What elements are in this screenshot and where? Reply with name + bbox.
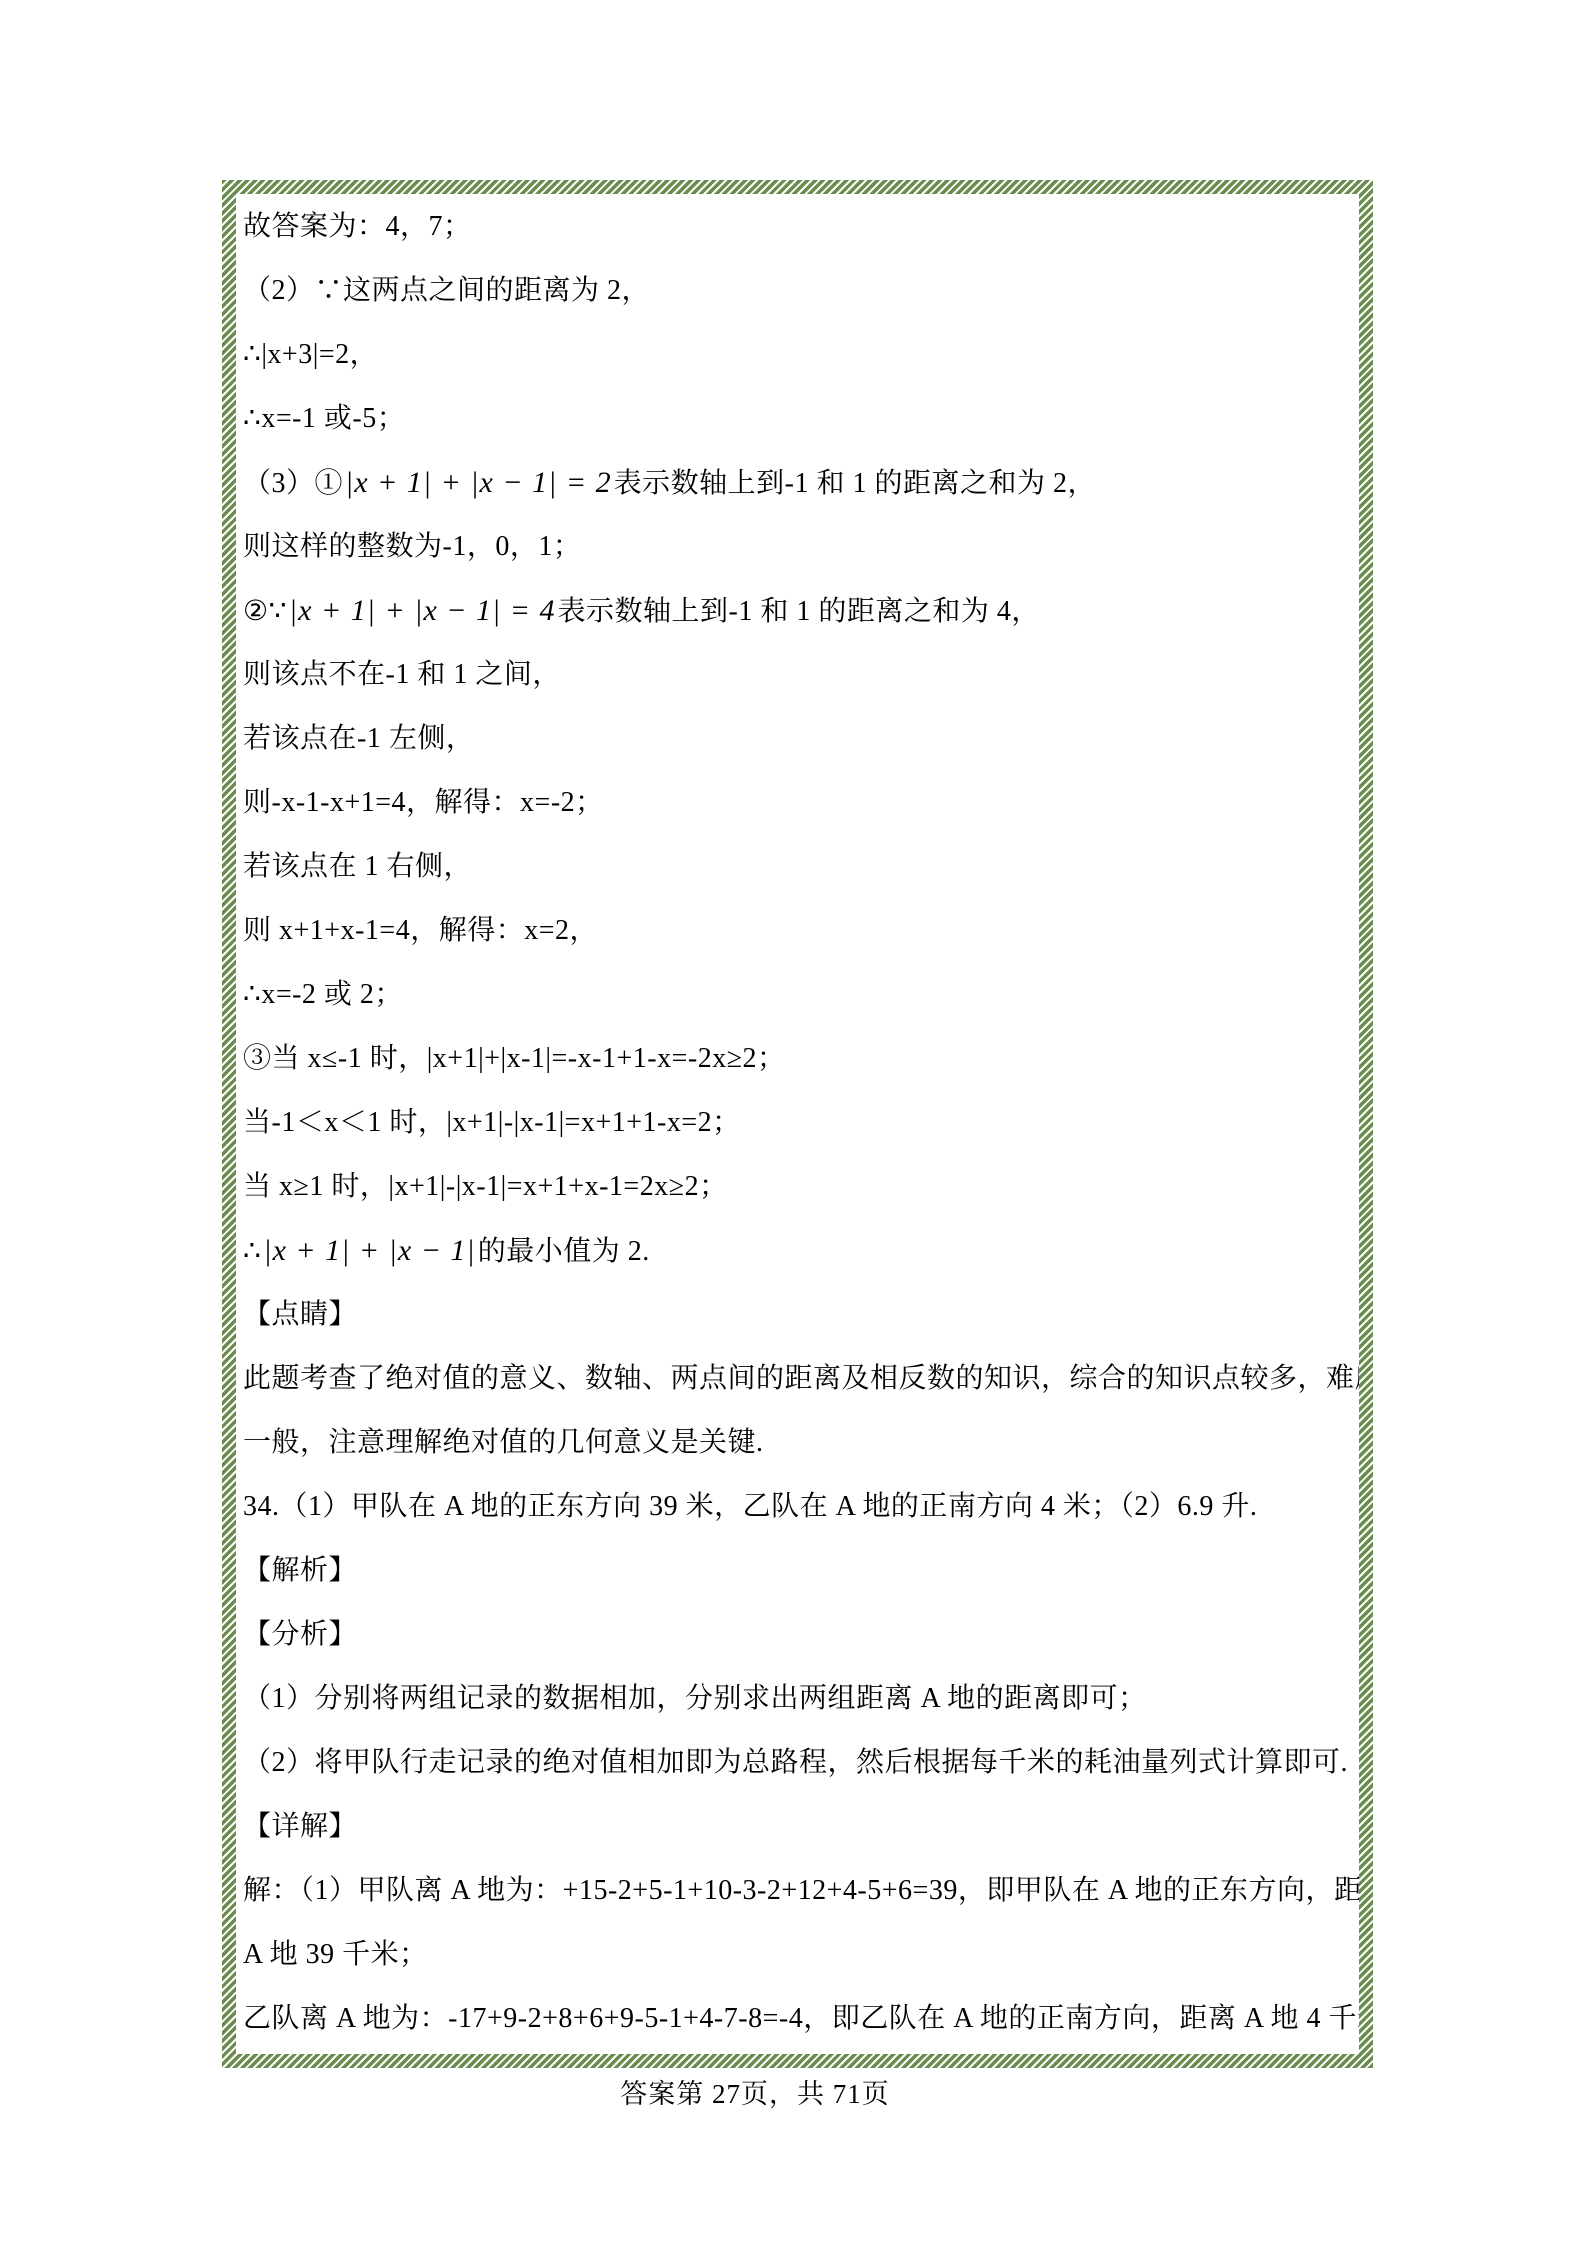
text-line: （1）分别将两组记录的数据相加，分别求出两组距离 A 地的距离即可；	[243, 1667, 1351, 1731]
text-line: ③当 x≤-1 时，|x+1|+|x-1|=-x-1+1-x=-2x≥2；	[243, 1027, 1351, 1091]
text-line: 故答案为：4，7；	[243, 195, 1351, 259]
text-line: （2）将甲队行走记录的绝对值相加即为总路程，然后根据每千米的耗油量列式计算即可.	[243, 1731, 1351, 1795]
page-footer: 答案第 27页，共 71页	[0, 2072, 1510, 2111]
math-expression: |x + 1| + |x − 1| = 2	[343, 466, 614, 499]
math-expression: |x + 1| + |x − 1| = 4	[287, 594, 558, 627]
decorative-striped-border: 故答案为：4，7； （2）∵这两点之间的距离为 2， ∴|x+3|=2， ∴x=…	[222, 180, 1373, 2068]
text-line: 解：（1）甲队离 A 地为：+15-2+5-1+10-3-2+12+4-5+6=…	[243, 1859, 1351, 1923]
text-line: 若该点在-1 左侧，	[243, 707, 1351, 771]
text-segment: 的最小值为 2.	[478, 1236, 650, 1267]
text-line: 则 x+1+x-1=4，解得：x=2，	[243, 899, 1351, 963]
text-line: 当 x≥1 时，|x+1|-|x-1|=x+1+x-1=2x≥2；	[243, 1155, 1351, 1219]
text-line: 当-1＜x＜1 时，|x+1|-|x-1|=x+1+1-x=2；	[243, 1091, 1351, 1155]
text-segment: 表示数轴上到-1 和 1 的距离之和为 4，	[558, 596, 1040, 627]
text-line: ∴x=-1 或-5；	[243, 387, 1351, 451]
section-label: 【分析】	[243, 1603, 1351, 1667]
text-line: ∴|x + 1| + |x − 1|的最小值为 2.	[243, 1219, 1351, 1283]
answer-content-area: 故答案为：4，7； （2）∵这两点之间的距离为 2， ∴|x+3|=2， ∴x=…	[236, 194, 1359, 2054]
section-label: 【解析】	[243, 1539, 1351, 1603]
text-line: （2）∵这两点之间的距离为 2，	[243, 259, 1351, 323]
text-line: 一般，注意理解绝对值的几何意义是关键.	[243, 1411, 1351, 1475]
text-segment: 表示数轴上到-1 和 1 的距离之和为 2，	[614, 468, 1096, 499]
section-label: 【详解】	[243, 1795, 1351, 1859]
text-line: 此题考查了绝对值的意义、数轴、两点间的距离及相反数的知识，综合的知识点较多，难度	[243, 1347, 1351, 1411]
text-segment: （3）①	[243, 468, 343, 499]
section-label: 【点睛】	[243, 1283, 1351, 1347]
math-expression: |x + 1| + |x − 1|	[261, 1234, 477, 1267]
text-line: 则-x-1-x+1=4，解得：x=-2；	[243, 771, 1351, 835]
text-line: ②∵|x + 1| + |x − 1| = 4表示数轴上到-1 和 1 的距离之…	[243, 579, 1351, 643]
text-line: 若该点在 1 右侧，	[243, 835, 1351, 899]
text-line: 34.（1）甲队在 A 地的正东方向 39 米，乙队在 A 地的正南方向 4 米…	[243, 1475, 1351, 1539]
text-segment: ∴	[243, 1236, 261, 1267]
text-line: 乙队离 A 地为：-17+9-2+8+6+9-5-1+4-7-8=-4，即乙队在…	[243, 1987, 1351, 2051]
text-line: A 地 39 千米；	[243, 1923, 1351, 1987]
text-segment: ②∵	[243, 596, 287, 627]
text-line: ∴x=-2 或 2；	[243, 963, 1351, 1027]
text-line: 则该点不在-1 和 1 之间，	[243, 643, 1351, 707]
text-line: ∴|x+3|=2，	[243, 323, 1351, 387]
text-line: 则这样的整数为-1，0，1；	[243, 515, 1351, 579]
document-page: 故答案为：4，7； （2）∵这两点之间的距离为 2， ∴|x+3|=2， ∴x=…	[0, 0, 1587, 2245]
text-line: （3）①|x + 1| + |x − 1| = 2表示数轴上到-1 和 1 的距…	[243, 451, 1351, 515]
